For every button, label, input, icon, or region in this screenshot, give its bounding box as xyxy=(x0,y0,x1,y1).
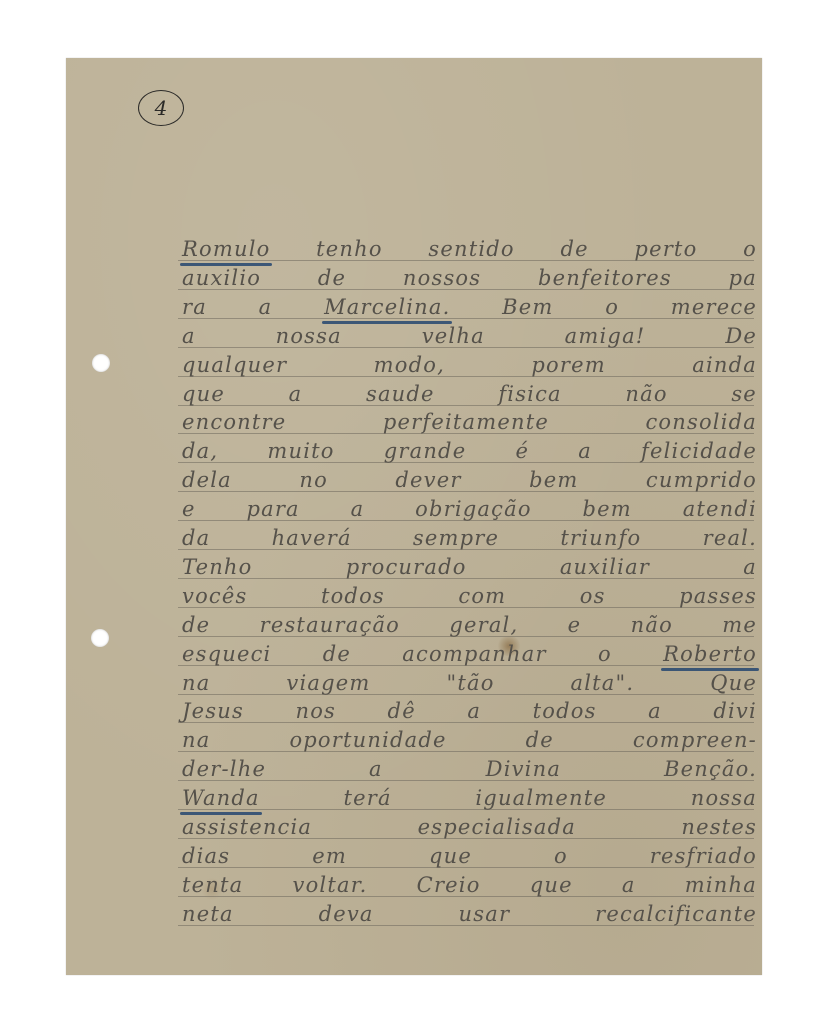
word: compreen- xyxy=(633,728,757,752)
word: passes xyxy=(679,584,757,608)
page-number-text: 4 xyxy=(155,96,168,120)
word: todos xyxy=(321,584,385,608)
word: Benção. xyxy=(664,757,757,781)
word: assistencia xyxy=(182,815,312,839)
word: acompanhar xyxy=(402,642,546,666)
underlined-name: Wanda xyxy=(182,786,260,810)
word: nossa xyxy=(276,324,342,348)
word: especialisada xyxy=(418,815,576,839)
word: de xyxy=(560,237,588,261)
handwritten-line: qualquermodo,poremainda xyxy=(182,349,757,377)
word: bem xyxy=(529,468,578,492)
word: de xyxy=(318,266,346,290)
word: real. xyxy=(703,526,757,550)
word: a xyxy=(369,757,383,781)
word: no xyxy=(299,468,328,492)
word: minha xyxy=(685,873,757,897)
handwritten-letter-page: 4 Romulotenhosentidodepertooauxiliodenos… xyxy=(66,58,762,975)
handwritten-line: delanodeverbemcumprido xyxy=(182,464,757,492)
word: que xyxy=(429,844,472,868)
handwritten-line: derestauraçãogeral,enãome xyxy=(182,609,757,637)
word: a xyxy=(289,382,303,406)
word: restauração xyxy=(260,613,400,637)
word: sempre xyxy=(413,526,499,550)
word: procurado xyxy=(346,555,467,579)
word: o xyxy=(605,295,619,319)
word: a xyxy=(648,699,662,723)
word: de xyxy=(182,613,210,637)
word: a xyxy=(743,555,757,579)
word: Creio xyxy=(417,873,481,897)
word: de xyxy=(323,642,351,666)
word: nossos xyxy=(403,266,481,290)
handwritten-line: diasemqueoresfriado xyxy=(182,840,757,868)
word: dias xyxy=(182,844,230,868)
word: oportunidade xyxy=(289,728,446,752)
word: perfeitamente xyxy=(383,410,549,434)
word: Bem xyxy=(502,295,553,319)
word: tenho xyxy=(316,237,383,261)
word: muito xyxy=(267,439,334,463)
word: tenta xyxy=(182,873,243,897)
word: triunfo xyxy=(560,526,641,550)
word: Divina xyxy=(486,757,561,781)
punch-hole-bottom xyxy=(91,629,109,647)
handwritten-line: Wandateráigualmentenossa xyxy=(182,782,757,810)
word: saude xyxy=(366,382,435,406)
word: a xyxy=(467,699,481,723)
word: em xyxy=(312,844,347,868)
word: amiga! xyxy=(565,324,646,348)
word: viagem xyxy=(286,671,370,695)
word: nossa xyxy=(691,786,757,810)
word: na xyxy=(182,671,210,695)
handwritten-line: dahaverásempretriunforeal. xyxy=(182,522,757,550)
word: o xyxy=(554,844,568,868)
word: encontre xyxy=(182,410,286,434)
word: os xyxy=(580,584,606,608)
word: a xyxy=(578,439,592,463)
word: não xyxy=(631,613,673,637)
handwritten-line: Tenhoprocuradoauxiliara xyxy=(182,551,757,579)
word: resfriado xyxy=(650,844,757,868)
handwritten-line: raaMarcelina.Bemomerece xyxy=(182,291,757,319)
word: e xyxy=(182,497,196,521)
word: esqueci xyxy=(182,642,271,666)
word: terá xyxy=(343,786,391,810)
underlined-name: Roberto xyxy=(663,642,757,666)
word: de xyxy=(526,728,554,752)
word: porem xyxy=(531,353,605,377)
handwritten-line: esquecideacompanharoRoberto xyxy=(182,638,757,666)
word: Tenho xyxy=(182,555,253,579)
punch-hole-top xyxy=(92,354,110,372)
word: pa xyxy=(729,266,757,290)
word: auxilio xyxy=(182,266,261,290)
handwritten-line: queasaudefisicanãose xyxy=(182,378,757,406)
handwritten-line: auxiliodenossosbenfeitorespa xyxy=(182,262,757,290)
word: fisica xyxy=(498,382,561,406)
handwritten-line: der-lheaDivinaBenção. xyxy=(182,753,757,781)
word: neta xyxy=(182,902,234,926)
word: divi xyxy=(713,699,757,723)
word: se xyxy=(731,382,757,406)
word: igualmente xyxy=(475,786,607,810)
word: modo, xyxy=(374,353,445,377)
handwritten-line: encontreperfeitamenteconsolida xyxy=(182,406,757,434)
word: me xyxy=(722,613,757,637)
word: sentido xyxy=(428,237,514,261)
word: felicidade xyxy=(641,439,757,463)
word: todos xyxy=(533,699,597,723)
word: perto xyxy=(634,237,697,261)
handwritten-line: naviagem"tãoalta".Que xyxy=(182,667,757,695)
handwritten-line: anossavelhaamiga!De xyxy=(182,320,757,348)
handwritten-line: netadevausarrecalcificante xyxy=(182,898,757,926)
word: atendi xyxy=(683,497,757,521)
handwritten-line: Jesusnosdêatodosadivi xyxy=(182,695,757,723)
word: geral, xyxy=(449,613,518,637)
word: é xyxy=(515,439,529,463)
word: usar xyxy=(459,902,511,926)
handwritten-line: naoportunidadedecompreen- xyxy=(182,724,757,752)
word: ainda xyxy=(692,353,757,377)
circled-page-number: 4 xyxy=(138,90,184,126)
word: De xyxy=(725,324,757,348)
word: Jesus xyxy=(182,699,244,723)
word: deva xyxy=(319,902,374,926)
word: cumprido xyxy=(646,468,757,492)
word: não xyxy=(625,382,667,406)
word: dever xyxy=(395,468,461,492)
word: recalcificante xyxy=(595,902,757,926)
word: dela xyxy=(182,468,232,492)
word: consolida xyxy=(645,410,757,434)
handwritten-line: eparaaobrigaçãobematendi xyxy=(182,493,757,521)
word: vocês xyxy=(182,584,247,608)
word: da, xyxy=(182,439,218,463)
word: o xyxy=(743,237,757,261)
word: e xyxy=(568,613,582,637)
word: velha xyxy=(422,324,485,348)
word: nestes xyxy=(681,815,757,839)
word: o xyxy=(598,642,612,666)
word: nos xyxy=(295,699,336,723)
handwritten-line: da,muitograndeéafelicidade xyxy=(182,435,757,463)
word: grande xyxy=(384,439,467,463)
word: da xyxy=(182,526,210,550)
underlined-name: Romulo xyxy=(182,237,270,261)
word: para xyxy=(246,497,299,521)
word: merece xyxy=(671,295,757,319)
underlined-name: Marcelina. xyxy=(324,295,450,319)
word: ra xyxy=(182,295,207,319)
word: a xyxy=(622,873,636,897)
handwritten-line: Romulotenhosentidodepertoo xyxy=(182,233,757,261)
word: a xyxy=(259,295,273,319)
word: "tão xyxy=(446,671,494,695)
word: der-lhe xyxy=(182,757,266,781)
word: haverá xyxy=(272,526,352,550)
word: que xyxy=(182,382,225,406)
word: benfeitores xyxy=(538,266,672,290)
word: Que xyxy=(710,671,757,695)
handwritten-line: vocêstodoscomospasses xyxy=(182,580,757,608)
word: dê xyxy=(388,699,416,723)
word: bem xyxy=(582,497,631,521)
word: obrigação xyxy=(415,497,532,521)
word: na xyxy=(182,728,210,752)
word: a xyxy=(351,497,365,521)
handwritten-line: tentavoltar.Creioqueaminha xyxy=(182,869,757,897)
word: voltar. xyxy=(293,873,368,897)
handwritten-line: assistenciaespecialisadanestes xyxy=(182,811,757,839)
word: que xyxy=(530,873,573,897)
word: qualquer xyxy=(182,353,287,377)
word: a xyxy=(182,324,196,348)
word: com xyxy=(458,584,506,608)
word: alta". xyxy=(571,671,635,695)
word: auxiliar xyxy=(560,555,650,579)
